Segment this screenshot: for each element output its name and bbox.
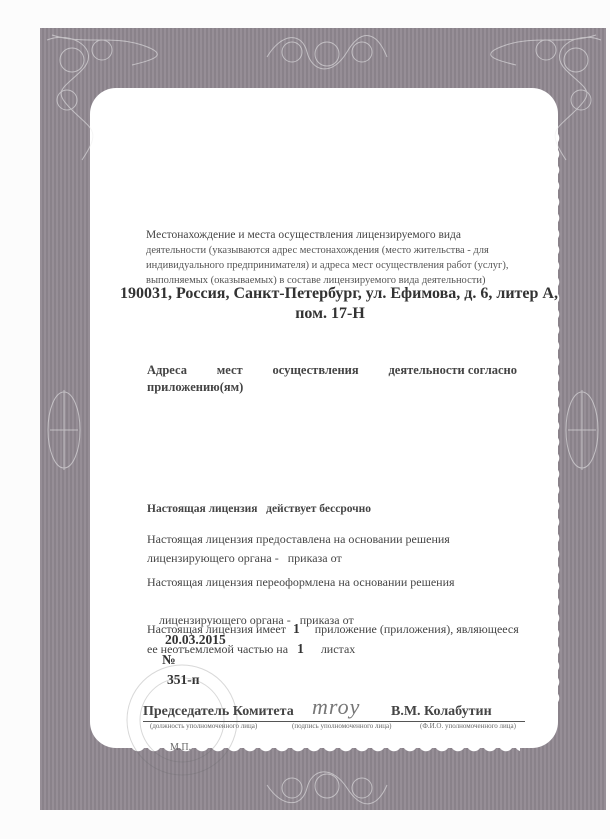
name-caption: (Ф.И.О. уполномоченного лица) (420, 722, 516, 730)
activity-word-2: мест (217, 363, 243, 378)
scallop-border-left (84, 130, 98, 710)
activity-word-4: деятельности согласно (388, 363, 517, 378)
address-line-1: 190031, Россия, Санкт-Петербург, ул. Ефи… (120, 284, 540, 304)
sheets-prefix: ее неотъемлемой частью на (147, 642, 288, 656)
location-heading: Местонахождение и места осуществления ли… (146, 228, 516, 288)
appendix-prefix: Настоящая лицензия имеет (147, 622, 286, 636)
heading-line-3: индивидуального предпринимателя) и адрес… (146, 258, 516, 273)
validity-value: действует бессрочно (266, 503, 371, 515)
handwritten-signature: mroy (312, 694, 360, 720)
granted: Настоящая лицензия предоставлена на осно… (147, 530, 450, 568)
signatory-name: В.М. Колабутин (391, 704, 492, 720)
reissued-line-1: Настоящая лицензия переоформлена на осно… (147, 573, 455, 592)
stamp-icon (122, 660, 242, 780)
corner-ornament-icon (42, 30, 162, 170)
granted-line-2: лицензирующего органа - приказа от (147, 549, 450, 568)
activity-addresses: Адреса мест осуществления деятельности с… (147, 363, 517, 395)
top-center-ornament-icon (262, 32, 392, 82)
appendix-count: 1 (293, 621, 300, 636)
heading-line-2: деятельности (указываются адрес местонах… (146, 243, 516, 258)
appendix-suffix: приложение (приложения), являющееся (315, 622, 519, 636)
bottom-center-ornament-icon (262, 760, 392, 808)
appendix: Настоящая лицензия имеет 1 приложение (п… (147, 619, 519, 659)
heading-line-1: Местонахождение и места осуществления ли… (146, 228, 461, 243)
signature-caption: (подпись уполномоченного лица) (292, 722, 391, 730)
validity: Настоящая лицензия действует бессрочно (147, 503, 371, 515)
granted-line-1: Настоящая лицензия предоставлена на осно… (147, 530, 450, 549)
sheets-suffix: листах (321, 642, 355, 656)
activity-word-1: Адреса (147, 363, 187, 378)
sheets-count: 1 (297, 641, 304, 656)
scallop-border-top (130, 82, 520, 96)
corner-ornament-icon (488, 30, 606, 170)
activity-line-2: приложению(ям) (147, 380, 517, 395)
side-ornament-icon (44, 385, 84, 475)
address: 190031, Россия, Санкт-Петербург, ул. Ефи… (120, 284, 540, 324)
activity-word-3: осуществления (273, 363, 359, 378)
side-ornament-icon (562, 385, 602, 475)
address-line-2: пом. 17-Н (120, 304, 540, 324)
validity-label: Настоящая лицензия (147, 503, 258, 515)
